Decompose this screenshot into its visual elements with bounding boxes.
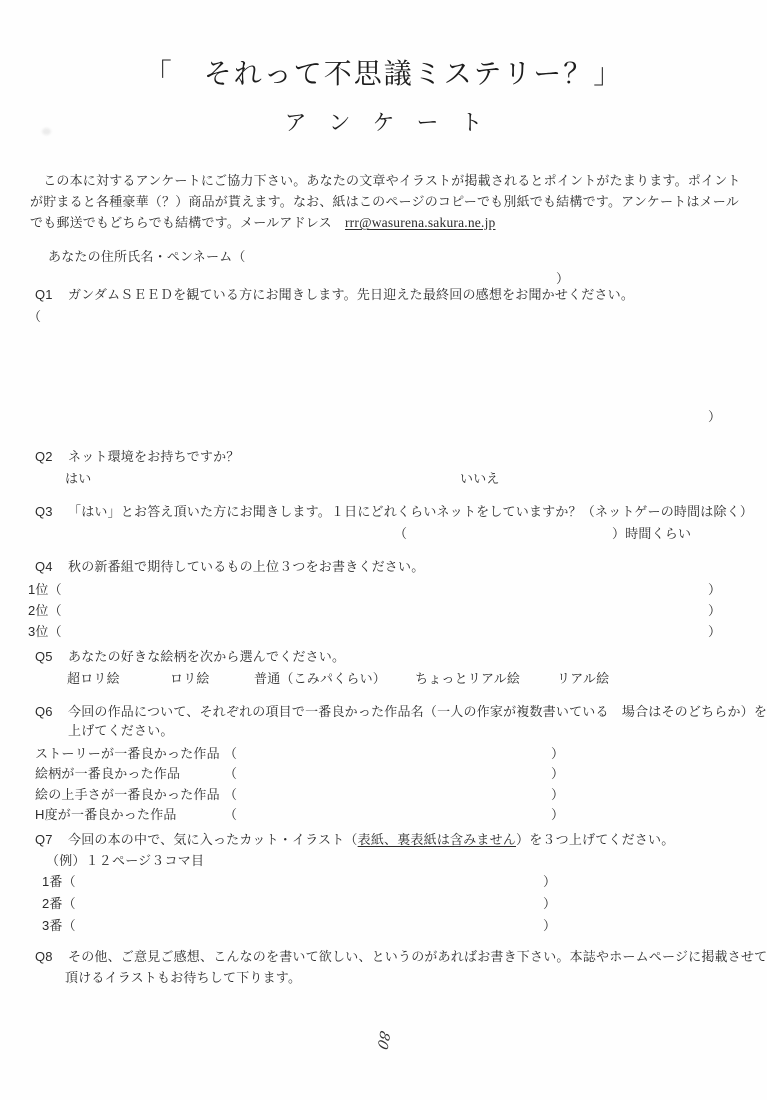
q8-text-line1: その他、ご意見ご感想、こんなのを書いて欲しい、というのがあればお書き下さい。本誌… <box>68 948 767 966</box>
q6-item-h-close-paren: ） <box>551 806 564 824</box>
question-q8: Q8 その他、ご意見ご感想、こんなのを書いて欲しい、というのがあればお書き下さい… <box>35 948 767 966</box>
q6-item-skill-label: 絵の上手さが一番良かった作品 <box>35 786 220 804</box>
q6-item-story-close-paren: ） <box>551 745 564 763</box>
q5-option-normal: 普通（こみパくらい） <box>254 670 386 688</box>
q4-number: Q4 <box>35 558 68 576</box>
q4-rank2-label: 2位（ <box>28 602 62 620</box>
question-q2: Q2 ネット環境をお持ちですか？ <box>35 448 239 466</box>
q3-answer-open-paren: （ <box>394 525 407 543</box>
name-address-prompt: あなたの住所氏名・ペンネーム（ <box>48 248 246 266</box>
q2-option-no: いいえ <box>460 470 500 488</box>
q4-rank1-label: 1位（ <box>28 581 62 599</box>
q7-text-suffix: ）を３つ上げてください。 <box>516 832 674 847</box>
q6-text-line2: 上げてください。 <box>68 722 174 740</box>
q3-text: 「はい」とお答え頂いた方にお聞きします。１日にどれくらいネットをしていますか？（… <box>68 503 753 521</box>
q7-item1-close-paren: ） <box>543 873 556 891</box>
q6-item-story-label: ストーリーが一番良かった作品 <box>35 745 220 763</box>
question-q3: Q3 「はい」とお答え頂いた方にお聞きします。１日にどれくらいネットをしています… <box>35 503 753 521</box>
q5-option-super-loli: 超ロリ絵 <box>67 670 120 688</box>
q6-item-artstyle-open-paren: （ <box>224 765 237 783</box>
q6-item-skill-close-paren: ） <box>551 786 564 804</box>
q7-text: 今回の本の中で、気に入ったカット・イラスト（表紙、裏表紙は含みません）を３つ上げ… <box>68 831 674 849</box>
q6-item-h-open-paren: （ <box>224 806 237 824</box>
page-title: 「 それって不思議ミステリー？」 <box>0 52 767 92</box>
q7-item3-close-paren: ） <box>543 917 556 935</box>
q6-item-story-open-paren: （ <box>224 745 237 763</box>
q6-item-h-label: H度が一番良かった作品 <box>35 806 177 824</box>
q6-text-line1: 今回の作品について、それぞれの項目で一番良かった作品名（一人の作家が複数書いてい… <box>68 703 767 721</box>
q3-number: Q3 <box>35 503 68 521</box>
q7-item1-label: 1番（ <box>42 873 76 891</box>
intro-paragraph: この本に対するアンケートにご協力下さい。あなたの文章やイラストが掲載されるとポイ… <box>30 171 748 234</box>
handwritten-page-number: 80 <box>374 1029 392 1052</box>
q4-rank3-close-paren: ） <box>708 623 721 641</box>
q4-rank3-label: 3位（ <box>28 623 62 641</box>
question-q7: Q7 今回の本の中で、気に入ったカット・イラスト（表紙、裏表紙は含みません）を３… <box>35 831 674 849</box>
q8-text-line2: 頂けるイラストもお待ちして下ります。 <box>65 969 301 987</box>
q6-item-artstyle-label: 絵柄が一番良かった作品 <box>35 765 180 783</box>
q2-text: ネット環境をお持ちですか？ <box>68 448 239 466</box>
q7-text-prefix: 今回の本の中で、気に入ったカット・イラスト（ <box>68 832 358 847</box>
q6-item-skill-open-paren: （ <box>224 786 237 804</box>
scanned-questionnaire-page: 「 それって不思議ミステリー？」 ア ン ケ ー ト この本に対するアンケートに… <box>0 0 767 1100</box>
q7-example: （例）１２ページ３コマ目 <box>46 852 204 870</box>
q1-text: ガンダムＳＥＥＤを観ている方にお聞きします。先日迎えた最終回の感想をお聞かせくだ… <box>68 286 634 304</box>
q5-number: Q5 <box>35 648 68 666</box>
question-q5: Q5 あなたの好きな絵柄を次から選んでください。 <box>35 648 345 666</box>
q2-number: Q2 <box>35 448 68 466</box>
q5-option-loli: ロリ絵 <box>170 670 210 688</box>
q6-item-artstyle-close-paren: ） <box>551 765 564 783</box>
q5-option-bit-realistic: ちょっとリアル絵 <box>415 670 520 688</box>
q7-item2-close-paren: ） <box>543 895 556 913</box>
email-address: rrr@wasurena.sakura.ne.jp <box>345 215 496 230</box>
q4-text: 秋の新番組で期待しているもの上位３つをお書きください。 <box>68 558 424 576</box>
q2-option-yes: はい <box>65 470 91 488</box>
survey-subtitle: ア ン ケ ー ト <box>0 106 767 137</box>
question-q4: Q4 秋の新番組で期待しているもの上位３つをお書きください。 <box>35 558 424 576</box>
q7-item2-label: 2番（ <box>42 895 76 913</box>
question-q1: Q1 ガンダムＳＥＥＤを観ている方にお聞きします。先日迎えた最終回の感想をお聞か… <box>35 286 634 304</box>
q7-item3-label: 3番（ <box>42 917 76 935</box>
q3-answer-close-label: ）時間くらい <box>612 525 691 543</box>
q8-number: Q8 <box>35 948 68 966</box>
q5-text: あなたの好きな絵柄を次から選んでください。 <box>68 648 345 666</box>
q7-text-underlined: 表紙、裏表紙は含みません <box>358 832 516 847</box>
question-q6: Q6 今回の作品について、それぞれの項目で一番良かった作品名（一人の作家が複数書… <box>35 703 767 721</box>
q7-number: Q7 <box>35 831 68 849</box>
q6-number: Q6 <box>35 703 68 721</box>
q5-option-realistic: リアル絵 <box>557 670 609 688</box>
q1-number: Q1 <box>35 286 68 304</box>
q1-answer-close-paren: ） <box>708 408 721 426</box>
q4-rank1-close-paren: ） <box>708 581 721 599</box>
q1-answer-open-paren: （ <box>28 308 41 326</box>
q4-rank2-close-paren: ） <box>708 602 721 620</box>
